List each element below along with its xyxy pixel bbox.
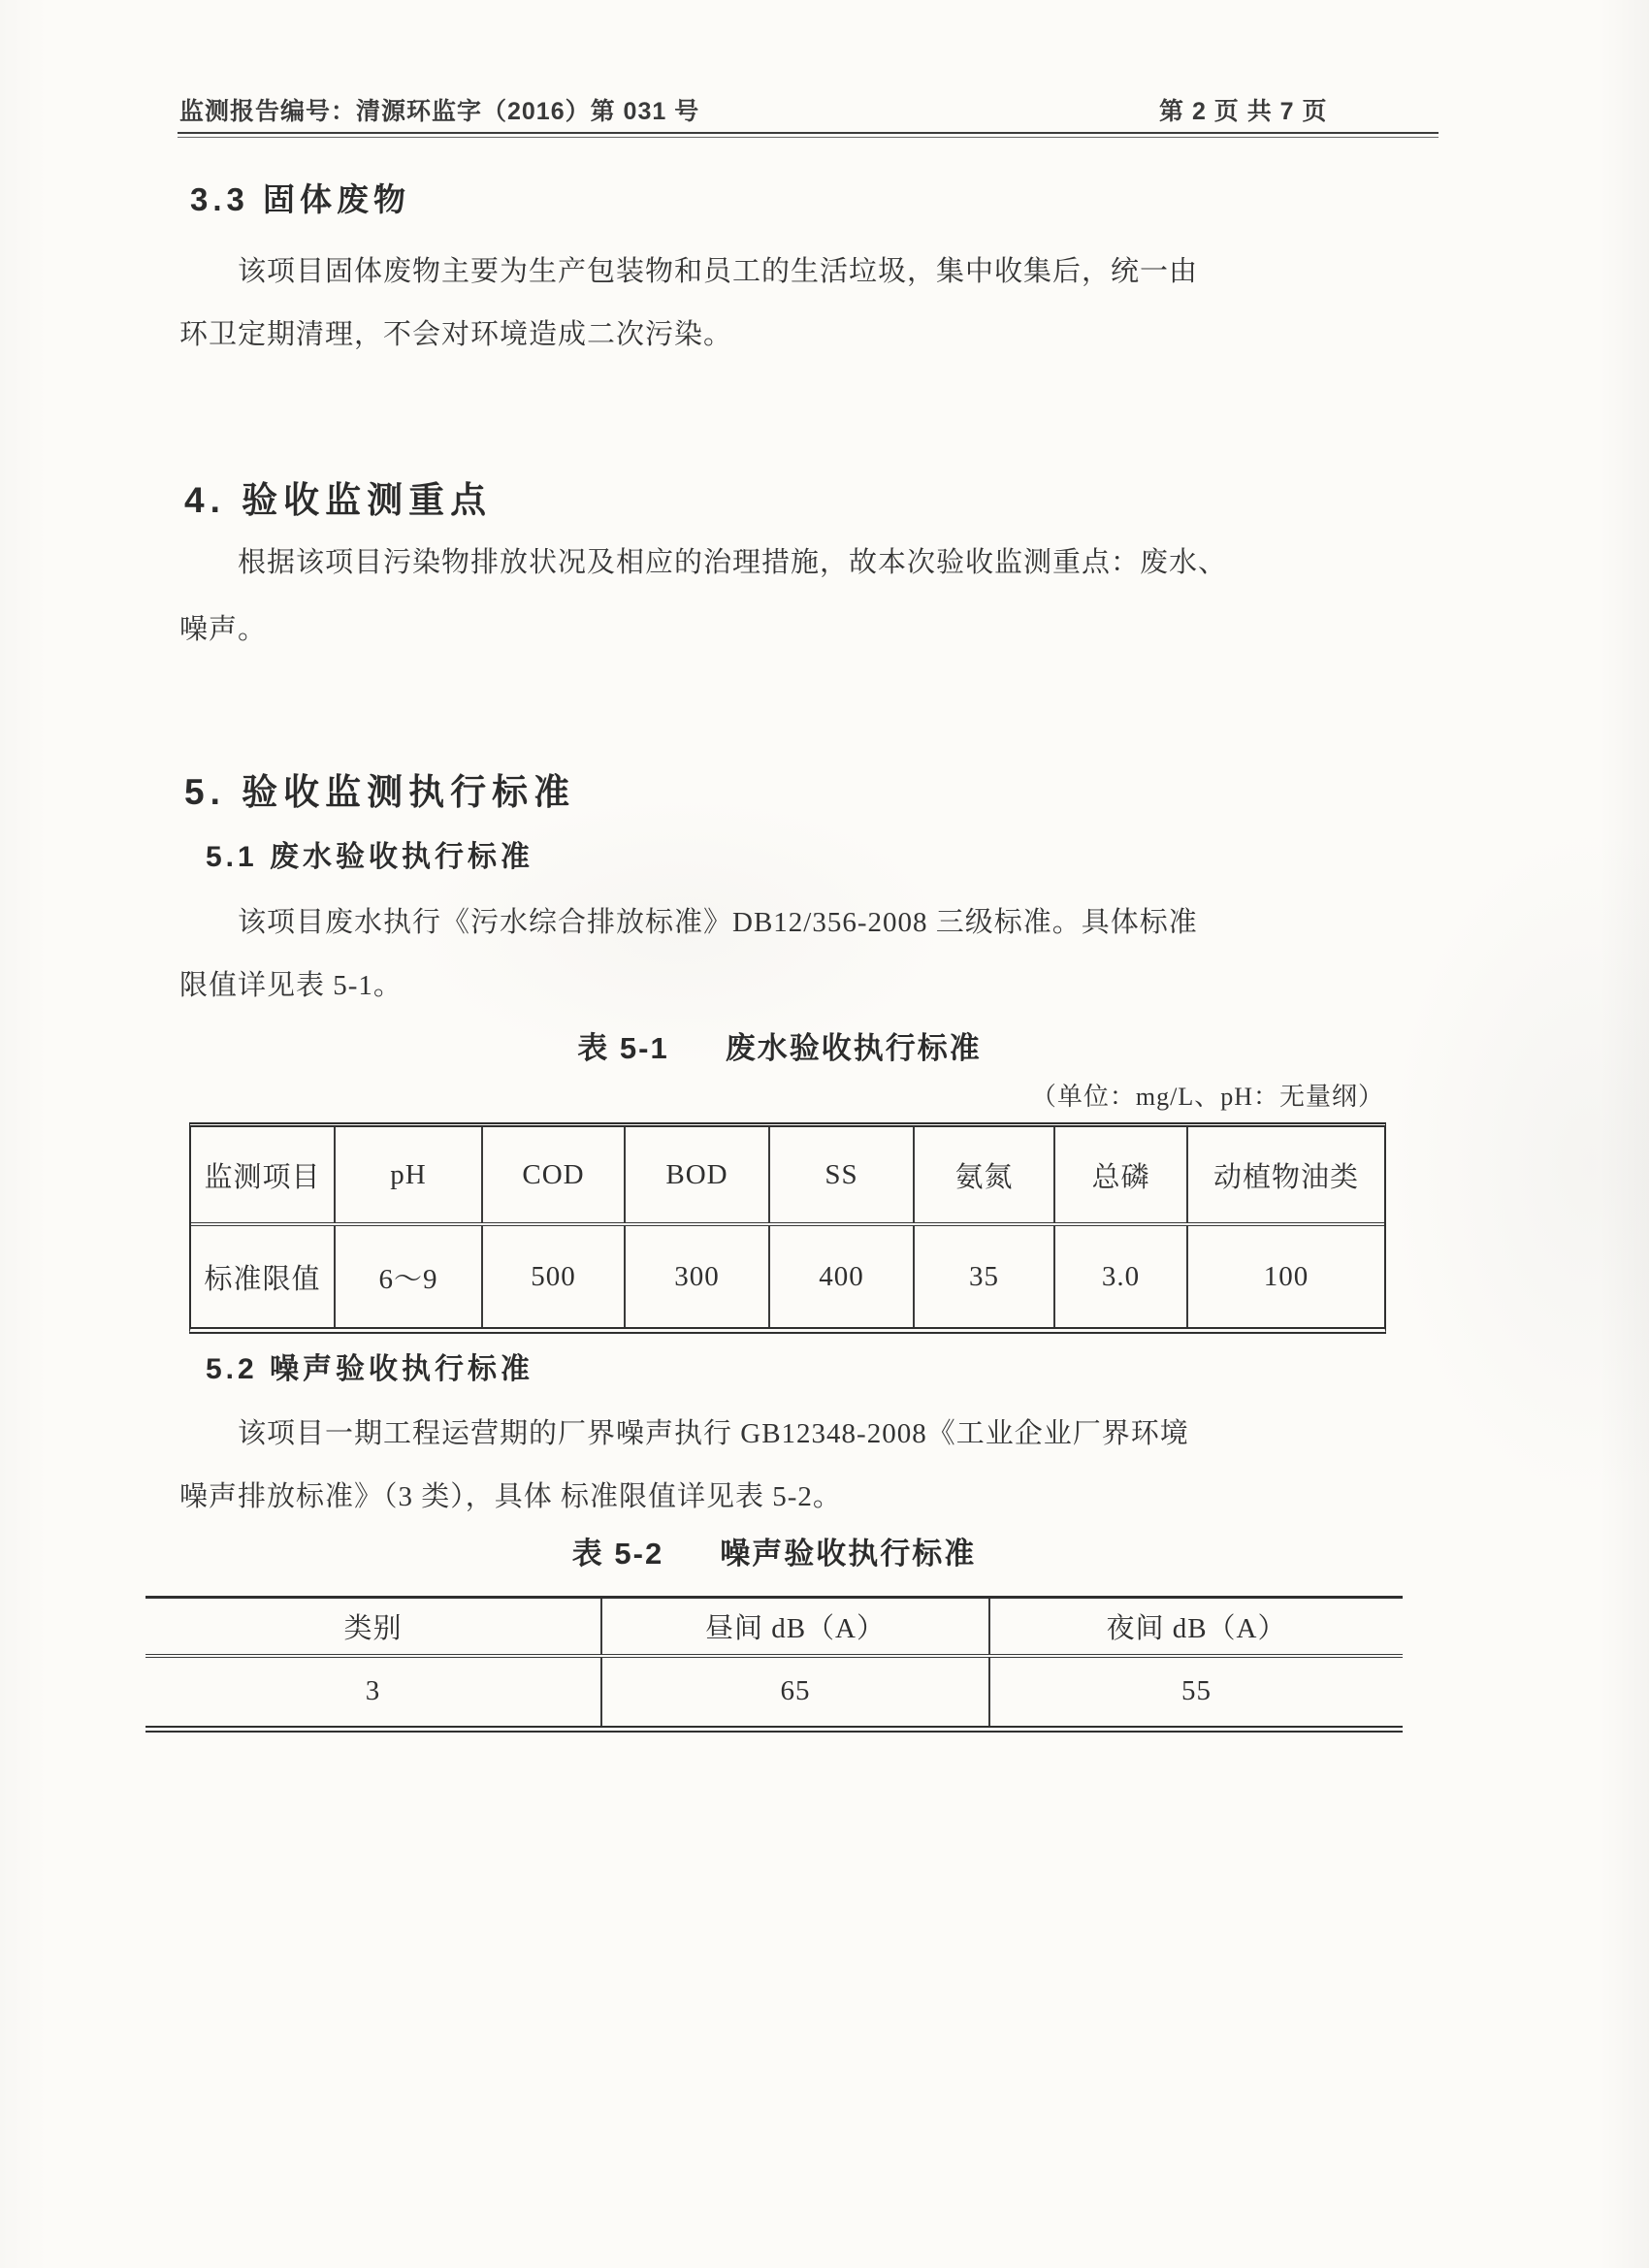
- section-5-1-paragraph-line-2: 限值详见表 5-1。: [179, 963, 403, 1003]
- section-3-3-paragraph-line-1: 该项目固体废物主要为生产包装物和员工的生活垃圾，集中收集后，统一由: [238, 249, 1198, 289]
- noise-standards-table: 类别 昼间 dB（A） 夜间 dB（A） 3 65 55: [145, 1596, 1403, 1733]
- t51-value-nh3n: 35: [914, 1224, 1054, 1327]
- page-number: 第 2 页 共 7 页: [1159, 92, 1328, 127]
- section-5-2-heading: 5.2 噪声验收执行标准: [206, 1345, 533, 1387]
- header-rule: [178, 132, 1439, 138]
- t51-value-label: 标准限值: [191, 1224, 335, 1327]
- table-5-2-title-text: 噪声验收执行标准: [720, 1537, 976, 1571]
- t51-value-ss: 400: [769, 1224, 914, 1327]
- section-3-3-heading: 3.3 固体废物: [190, 175, 410, 220]
- t52-header-day: 昼间 dB（A）: [601, 1599, 989, 1656]
- t51-header-item: 监测项目: [191, 1127, 335, 1224]
- t52-value-class: 3: [145, 1656, 601, 1726]
- section-5-1-heading: 5.1 废水验收执行标准: [206, 832, 533, 875]
- t52-value-night: 55: [989, 1656, 1403, 1726]
- section-5-heading: 5. 验收监测执行标准: [184, 762, 575, 815]
- table-5-1-unit-note: （单位：mg/L、pH：无量纲）: [802, 1077, 1384, 1113]
- section-5-2-paragraph-line-1: 该项目一期工程运营期的厂界噪声执行 GB12348-2008《工业企业厂界环境: [238, 1411, 1189, 1451]
- section-3-3-paragraph-line-2: 环卫定期清理，不会对环境造成二次污染。: [179, 312, 732, 352]
- section-4-paragraph-line-2: 噪声。: [179, 607, 267, 647]
- t51-header-cod: COD: [482, 1127, 625, 1224]
- t51-header-tp: 总磷: [1054, 1127, 1187, 1224]
- t51-header-ss: SS: [769, 1127, 914, 1224]
- t52-header-night: 夜间 dB（A）: [989, 1599, 1403, 1656]
- table-5-1-title: 表 5-1废水验收执行标准: [175, 1023, 1384, 1067]
- table-row: 标准限值 6～9 500 300 400 35 3.0 100: [191, 1224, 1384, 1327]
- t51-value-ph: 6～9: [335, 1224, 482, 1327]
- t51-value-tp: 3.0: [1054, 1224, 1187, 1327]
- table-row: 监测项目 pH COD BOD SS 氨氮 总磷 动植物油类: [191, 1127, 1384, 1224]
- t52-header-class: 类别: [145, 1599, 601, 1656]
- table-5-1-title-text: 废水验收执行标准: [726, 1031, 982, 1065]
- t51-header-bod: BOD: [625, 1127, 769, 1224]
- wastewater-standards-table: 监测项目 pH COD BOD SS 氨氮 总磷 动植物油类 标准限值 6～9 …: [189, 1122, 1386, 1334]
- table-5-2-label: 表 5-2: [572, 1537, 663, 1571]
- t52-value-day: 65: [601, 1656, 989, 1726]
- t51-value-cod: 500: [482, 1224, 625, 1327]
- table-row: 类别 昼间 dB（A） 夜间 dB（A）: [145, 1599, 1403, 1656]
- report-number: 监测报告编号：清源环监字（2016）第 031 号: [179, 92, 699, 127]
- t51-value-oil: 100: [1187, 1224, 1384, 1327]
- section-4-heading: 4. 验收监测重点: [184, 470, 492, 523]
- section-5-1-paragraph-line-1: 该项目废水执行《污水综合排放标准》DB12/356-2008 三级标准。具体标准: [238, 900, 1198, 940]
- table-row: 3 65 55: [145, 1656, 1403, 1726]
- t51-header-nh3n: 氨氮: [914, 1127, 1054, 1224]
- t51-header-oil: 动植物油类: [1187, 1127, 1384, 1224]
- t51-header-ph: pH: [335, 1127, 482, 1224]
- section-4-paragraph-line-1: 根据该项目污染物排放状况及相应的治理措施，故本次验收监测重点：废水、: [238, 540, 1227, 580]
- section-5-2-paragraph-line-2: 噪声排放标准》（3 类），具体 标准限值详见表 5-2。: [179, 1474, 842, 1514]
- table-5-2-title: 表 5-2噪声验收执行标准: [145, 1529, 1403, 1572]
- scanned-report-page: 监测报告编号：清源环监字（2016）第 031 号 第 2 页 共 7 页 3.…: [0, 0, 1649, 2268]
- t51-value-bod: 300: [625, 1224, 769, 1327]
- table-5-1-label: 表 5-1: [577, 1031, 668, 1065]
